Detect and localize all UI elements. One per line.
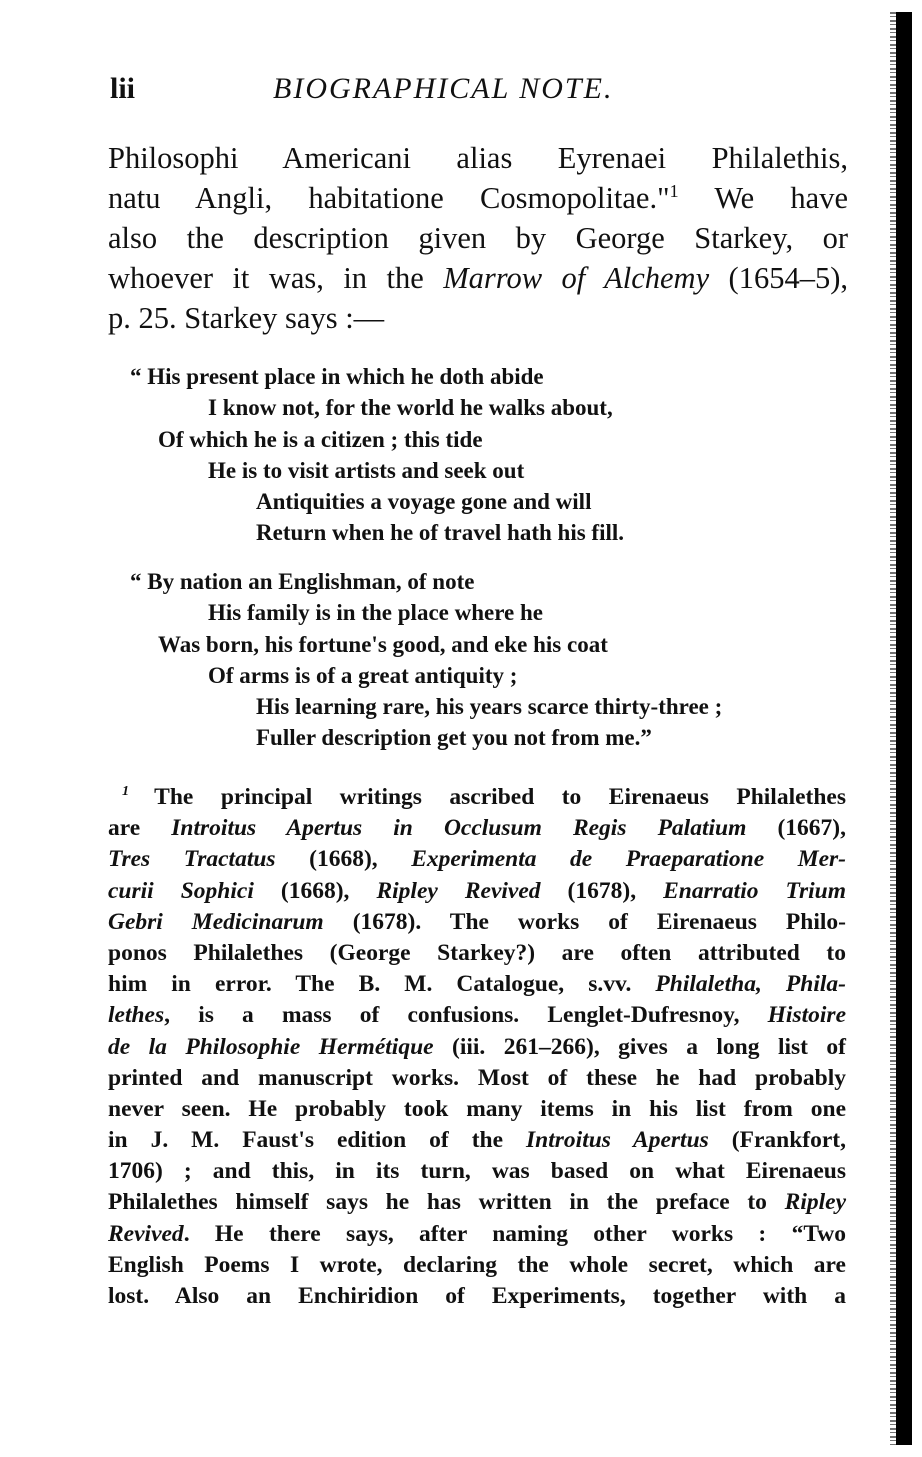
poem-line: Was born, his fortune's good, and eke hi…: [130, 629, 850, 660]
poem-line: His learning rare, his years scarce thir…: [130, 691, 850, 722]
footnote-line: English Poems I wrote, declaring the who…: [108, 1250, 846, 1281]
footnote-line: 1706) ; and this, in its turn, was based…: [108, 1156, 846, 1187]
text-line: p. 25. Starkey says :—: [108, 298, 848, 338]
footnote-line: lethes, is a mass of confusions. Lenglet…: [108, 1000, 846, 1031]
poem-line: Return when he of travel hath his fill.: [130, 517, 850, 548]
footnote-line: never seen. He probably took many items …: [108, 1094, 846, 1125]
book-binding-strip: [896, 12, 912, 1445]
page-header: lii BIOGRAPHICAL NOTE.: [108, 72, 848, 108]
main-paragraph: Philosophi Americani alias Eyrenaei Phil…: [108, 138, 848, 338]
footnote-line: 1 The principal writings ascribed to Eir…: [108, 782, 846, 813]
text-line: also the description given by George Sta…: [108, 218, 848, 258]
poem-line: Fuller description get you not from me.”: [130, 722, 850, 753]
text-line: natu Angli, habitatione Cosmopolitae."1 …: [108, 178, 848, 218]
footnote-line: de la Philosophie Hermétique (iii. 261–2…: [108, 1032, 846, 1063]
footnote-line: Tres Tractatus (1668), Experimenta de Pr…: [108, 844, 846, 875]
running-title: BIOGRAPHICAL NOTE.: [273, 72, 613, 106]
footnote-line: lost. Also an Enchiridion of Experiments…: [108, 1281, 846, 1312]
scanned-book-page: lii BIOGRAPHICAL NOTE. Philosophi Americ…: [0, 0, 922, 1457]
footnote-line: curii Sophici (1668), Ripley Revived (16…: [108, 876, 846, 907]
footnote-line: Gebri Medicinarum (1678). The works of E…: [108, 907, 846, 938]
footnote: 1 The principal writings ascribed to Eir…: [108, 782, 846, 1312]
poem-line: “ His present place in which he doth abi…: [130, 361, 850, 392]
footnote-line: are Introitus Apertus in Occlusum Regis …: [108, 813, 846, 844]
poem-line: Of which he is a citizen ; this tide: [130, 424, 850, 455]
poem-stanza-1: “ His present place in which he doth abi…: [130, 361, 850, 549]
poem-line: Antiquities a voyage gone and will: [130, 486, 850, 517]
poem-line: “ By nation an Englishman, of note: [130, 566, 850, 597]
footnote-line: printed and manuscript works. Most of th…: [108, 1063, 846, 1094]
text-line: whoever it was, in the Marrow of Alchemy…: [108, 258, 848, 298]
page-number: lii: [110, 72, 135, 106]
footnote-line: him in error. The B. M. Catalogue, s.vv.…: [108, 969, 846, 1000]
poem-line: His family is in the place where he: [130, 597, 850, 628]
footnote-line: ponos Philalethes (George Starkey?) are …: [108, 938, 846, 969]
poem-line: Of arms is of a great antiquity ;: [130, 660, 850, 691]
footnote-marker: 1: [122, 783, 154, 799]
poem-stanza-2: “ By nation an Englishman, of noteHis fa…: [130, 566, 850, 754]
poem-line: I know not, for the world he walks about…: [130, 392, 850, 423]
poem-line: He is to visit artists and seek out: [130, 455, 850, 486]
text-line: Philosophi Americani alias Eyrenaei Phil…: [108, 138, 848, 178]
footnote-line: Revived. He there says, after naming oth…: [108, 1219, 846, 1250]
footnote-line: Philalethes himself says he has written …: [108, 1187, 846, 1218]
footnote-line: in J. M. Faust's edition of the Introitu…: [108, 1125, 846, 1156]
